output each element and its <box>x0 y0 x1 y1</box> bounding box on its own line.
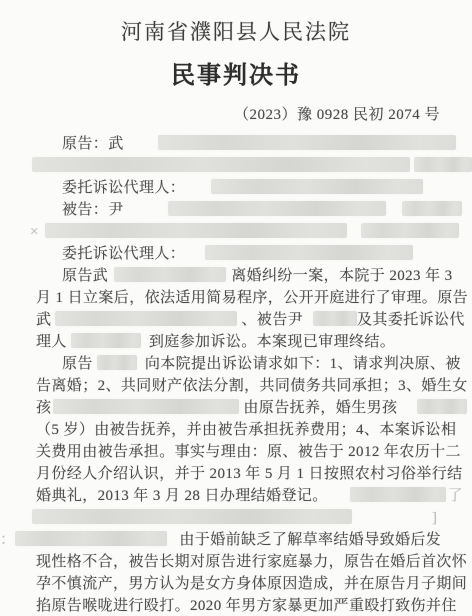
text-segment: 原告 <box>62 356 93 372</box>
partial-character: × <box>30 224 39 240</box>
text-segment: 向本院提出诉讼请求如下：1、请求判决原、被 <box>145 356 461 372</box>
gap-spacer <box>137 367 145 368</box>
text-segment: 委托诉讼代理人： <box>62 180 185 196</box>
text-segment: （5 岁）由被告抚养，并由被告承担抚养费用；4、本案诉讼相 <box>36 422 456 438</box>
redaction-block <box>414 157 472 172</box>
text-segment: 月份经人介绍认识，并于 2013 年 5 月 1 日按照农村习俗举行结 <box>36 466 463 482</box>
redaction-block <box>114 267 226 282</box>
redaction-block <box>32 157 410 172</box>
text-segment: 理人 <box>36 334 67 350</box>
text-line: 关费用由被告承担。事实与理由：原、被告于 2012 年农历十二 <box>36 441 472 463</box>
redaction-block <box>32 509 352 524</box>
partial-character: ] <box>432 510 437 526</box>
text-segment: 到庭参加诉讼。本案现已审理终结。 <box>149 334 395 350</box>
text-segment: 武 <box>36 312 51 328</box>
text-line: 孕不慎流产，男方认为是女方身体原因造成，并在原告月子期间 <box>36 573 472 595</box>
gap-spacer <box>303 323 313 324</box>
text-segment: 掐原告喉咙进行殴打。2020 年男方家暴更加严重殴打致伤并住 <box>36 598 457 614</box>
gap-spacer <box>141 345 149 346</box>
text-line: 孩由原告抚养，婚生男孩 <box>36 397 472 419</box>
text-segment: 原告：武 <box>62 136 124 152</box>
redaction-block <box>45 223 347 238</box>
text-line: 月 1 日立案后，依法适用简易程序，公开开庭进行了审理。原告 <box>36 287 472 309</box>
gap-spacer <box>386 213 402 214</box>
gap-spacer <box>185 257 205 258</box>
text-line: 原告武离婚纠纷一案，本院于 2023 年 3 <box>62 265 472 287</box>
text-segment: 月 1 日立案后，依法适用简易程序，公开开庭进行了审理。原告 <box>36 290 468 306</box>
text-line: × <box>30 221 472 243</box>
gap-spacer <box>328 499 350 500</box>
text-line: 告离婚；2、共同财产依法分割，共同债务共同承担；3、婚生女 <box>36 375 472 397</box>
text-line: 现性格不合，被告长期对原告进行家庭暴力，原告在婚后首次怀 <box>36 551 472 573</box>
text-segment: 由于婚前缺乏了解草率结婚导致婚后发 <box>179 532 441 548</box>
text-segment: 告离婚；2、共同财产依法分割，共同债务共同承担；3、婚生女 <box>36 378 468 394</box>
gap-spacer <box>397 411 417 412</box>
redaction-block <box>53 399 239 414</box>
case-number: （2023）豫 0928 民初 2074 号 <box>0 103 472 124</box>
gap-spacer <box>167 543 179 544</box>
gap-spacer <box>185 191 211 192</box>
partial-character: 了 <box>448 488 463 504</box>
text-segment: 现性格不合，被告长期对原告进行家庭暴力，原告在婚后首次怀 <box>36 554 467 570</box>
redaction-block <box>313 311 357 326</box>
redaction-block <box>361 223 459 238</box>
text-line: 掐原告喉咙进行殴打。2020 年男方家暴更加严重殴打致伤并住 <box>36 595 472 616</box>
text-segment: 关费用由被告承担。事实与理由：原、被告于 2012 年农历十二 <box>36 444 461 460</box>
text-line: ] <box>32 507 472 529</box>
text-segment: 、被告尹 <box>241 312 303 328</box>
document-title: 民事判决书 <box>0 55 472 90</box>
text-segment: 婚典礼，2013 年 3 月 28 日办理结婚登记。 <box>36 488 328 504</box>
text-line <box>32 155 472 177</box>
redaction-block <box>15 531 167 546</box>
redaction-block <box>71 333 141 348</box>
text-line: 婚典礼，2013 年 3 月 28 日办理结婚登记。了 <box>36 485 472 507</box>
gap-spacer <box>124 213 168 214</box>
text-line: 月份经人介绍认识，并于 2013 年 5 月 1 日按照农村习俗举行结 <box>36 463 472 485</box>
gap-spacer <box>347 235 361 236</box>
text-line: 武、被告尹及其委托诉讼代 <box>36 309 472 331</box>
gap-spacer <box>124 147 158 148</box>
text-segment: 由原告抚养，婚生男孩 <box>243 400 397 416</box>
text-line: 委托诉讼代理人： <box>62 243 472 265</box>
redaction-block <box>211 179 423 194</box>
text-line: 原告向本院提出诉讼请求如下：1、请求判决原、被 <box>62 353 472 375</box>
text-line: ：由于婚前缺乏了解草率结婚导致婚后发 <box>0 529 472 551</box>
redaction-block <box>97 355 137 370</box>
court-name: 河南省濮阳县人民法院 <box>0 16 472 46</box>
text-segment: 离婚纠纷一案，本院于 2023 年 3 <box>231 268 452 284</box>
scanned-judgment-page: 河南省濮阳县人民法院 民事判决书 （2023）豫 0928 民初 2074 号 … <box>0 0 472 616</box>
text-segment: 及其委托诉讼代 <box>357 312 465 328</box>
text-line: （5 岁）由被告抚养，并由被告承担抚养费用；4、本案诉讼相 <box>36 419 472 441</box>
text-segment: 被告：尹 <box>62 202 124 218</box>
redaction-block <box>350 487 446 502</box>
text-line: 委托诉讼代理人： <box>62 177 472 199</box>
text-segment: 委托诉讼代理人： <box>62 246 185 262</box>
text-line: 被告：尹 <box>62 199 472 221</box>
redaction-block <box>55 311 237 326</box>
text-line: 理人到庭参加诉讼。本案现已审理终结。 <box>36 331 472 353</box>
redaction-block <box>205 245 413 260</box>
partial-character: ： <box>0 532 15 548</box>
redaction-block <box>417 399 467 414</box>
redaction-block <box>402 201 462 216</box>
text-segment: 孕不慎流产，男方认为是女方身体原因造成，并在原告月子期间 <box>36 576 467 592</box>
redaction-block <box>168 201 386 216</box>
redaction-block <box>158 135 456 150</box>
text-segment: 孩 <box>36 400 51 416</box>
document-body: 原告：武委托诉讼代理人：被告：尹×委托诉讼代理人：原告武离婚纠纷一案，本院于 2… <box>0 133 472 616</box>
text-segment: 原告武 <box>62 268 108 284</box>
gap-spacer <box>352 521 432 522</box>
gap-spacer <box>39 235 45 236</box>
text-line: 原告：武 <box>62 133 472 155</box>
